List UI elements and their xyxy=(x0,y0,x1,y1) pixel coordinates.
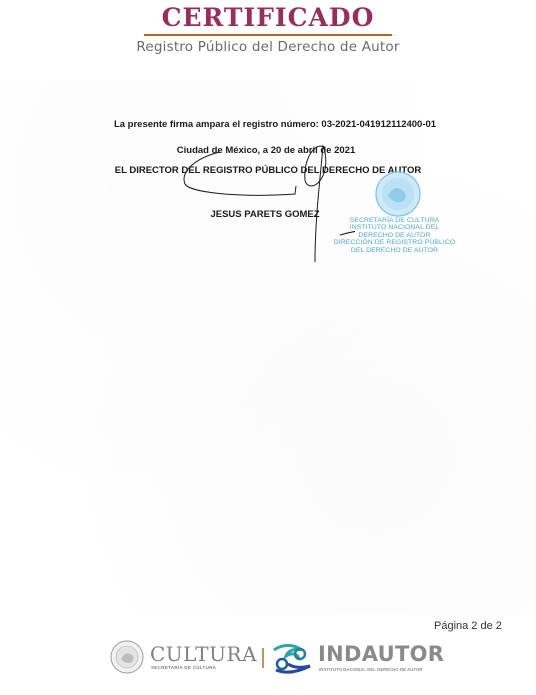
footer-logos: CULTURA SECRETARÍA DE CULTURA INDAUTOR I… xyxy=(108,638,428,678)
indautor-subtitle: INSTITUTO NACIONAL DEL DERECHO DE AUTOR xyxy=(319,667,422,672)
registration-number-line: La presente firma ampara el registro núm… xyxy=(14,119,536,130)
cultura-subtitle: SECRETARÍA DE CULTURA xyxy=(151,665,216,670)
mexico-coat-of-arms-icon xyxy=(110,640,144,674)
header-rule xyxy=(144,34,392,36)
indautor-wordmark: INDAUTOR xyxy=(318,642,444,666)
logo-divider xyxy=(262,648,264,668)
indautor-logo-icon xyxy=(272,642,312,674)
certificate-subtitle: Registro Público del Derecho de Autor xyxy=(0,39,536,55)
paper-texture xyxy=(0,80,536,615)
official-seal-icon xyxy=(332,170,457,265)
cultura-wordmark: CULTURA xyxy=(150,642,257,666)
certificate-title: CERTIFICADO xyxy=(0,4,536,32)
handwritten-signature-icon xyxy=(175,140,355,265)
certificate-header: CERTIFICADO Registro Público del Derecho… xyxy=(0,4,536,55)
page-number: Página 2 de 2 xyxy=(434,620,502,632)
place-date-line: Ciudad de México, a 20 de abril de 2021 xyxy=(0,145,536,156)
